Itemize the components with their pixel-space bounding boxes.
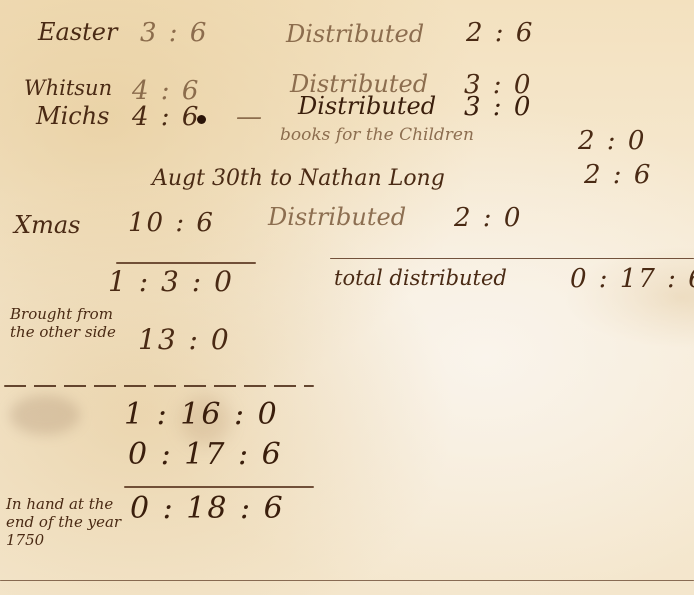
distributed-rule (330, 258, 694, 259)
distribution-label: Distributed (286, 22, 424, 46)
distribution-label: Distributed (268, 205, 406, 229)
distribution-amount: 2 : 0 (454, 205, 522, 231)
in-hand-amount: 0 : 18 : 6 (130, 494, 285, 524)
receipt-label: Easter (38, 20, 117, 44)
distribution-label: Augt 30th to Nathan Long (152, 168, 445, 190)
ink-stain (10, 395, 80, 435)
less-distributed: 0 : 17 : 6 (128, 440, 283, 470)
distribution-amount: 2 : 6 (466, 20, 534, 46)
receipt-label: Xmas (14, 213, 80, 237)
receipt-amount: 10 : 6 (128, 210, 215, 236)
distribution-label: Distributed (298, 94, 436, 118)
bottom-rule (0, 580, 694, 581)
brought-forward-note: Brought from the other side (10, 305, 120, 341)
receipt-amount: 4 : 6 (132, 78, 200, 104)
receipt-amount: 3 : 6 (140, 20, 208, 46)
subtotal-rule (116, 262, 256, 264)
receipt-label: Whitsun (24, 78, 112, 99)
total-distributed-label: total distributed (334, 268, 507, 289)
brought-forward-amount: 13 : 0 (138, 326, 231, 354)
receipt-label: Michs (36, 104, 109, 128)
distribution-amount: 2 : 0 (578, 128, 646, 154)
in-hand-note: In hand at the end of the year 1750 (6, 495, 124, 549)
sum-rule (4, 385, 314, 387)
manuscript-page: Easter 3 : 6 Whitsun 4 : 6 Michs 4 : 6 —… (0, 0, 694, 595)
dash: — (236, 104, 264, 130)
grand-total: 1 : 16 : 0 (124, 400, 279, 430)
distribution-amount: 3 : 0 (464, 94, 532, 120)
balance-rule (124, 486, 314, 488)
receipt-amount: 4 : 6 (132, 104, 200, 130)
total-distributed-amount: 0 : 17 : 6 (570, 266, 694, 292)
distribution-label: books for the Children (280, 127, 474, 144)
distribution-amount: 2 : 6 (584, 162, 652, 188)
receipts-subtotal: 1 : 3 : 0 (108, 268, 234, 296)
